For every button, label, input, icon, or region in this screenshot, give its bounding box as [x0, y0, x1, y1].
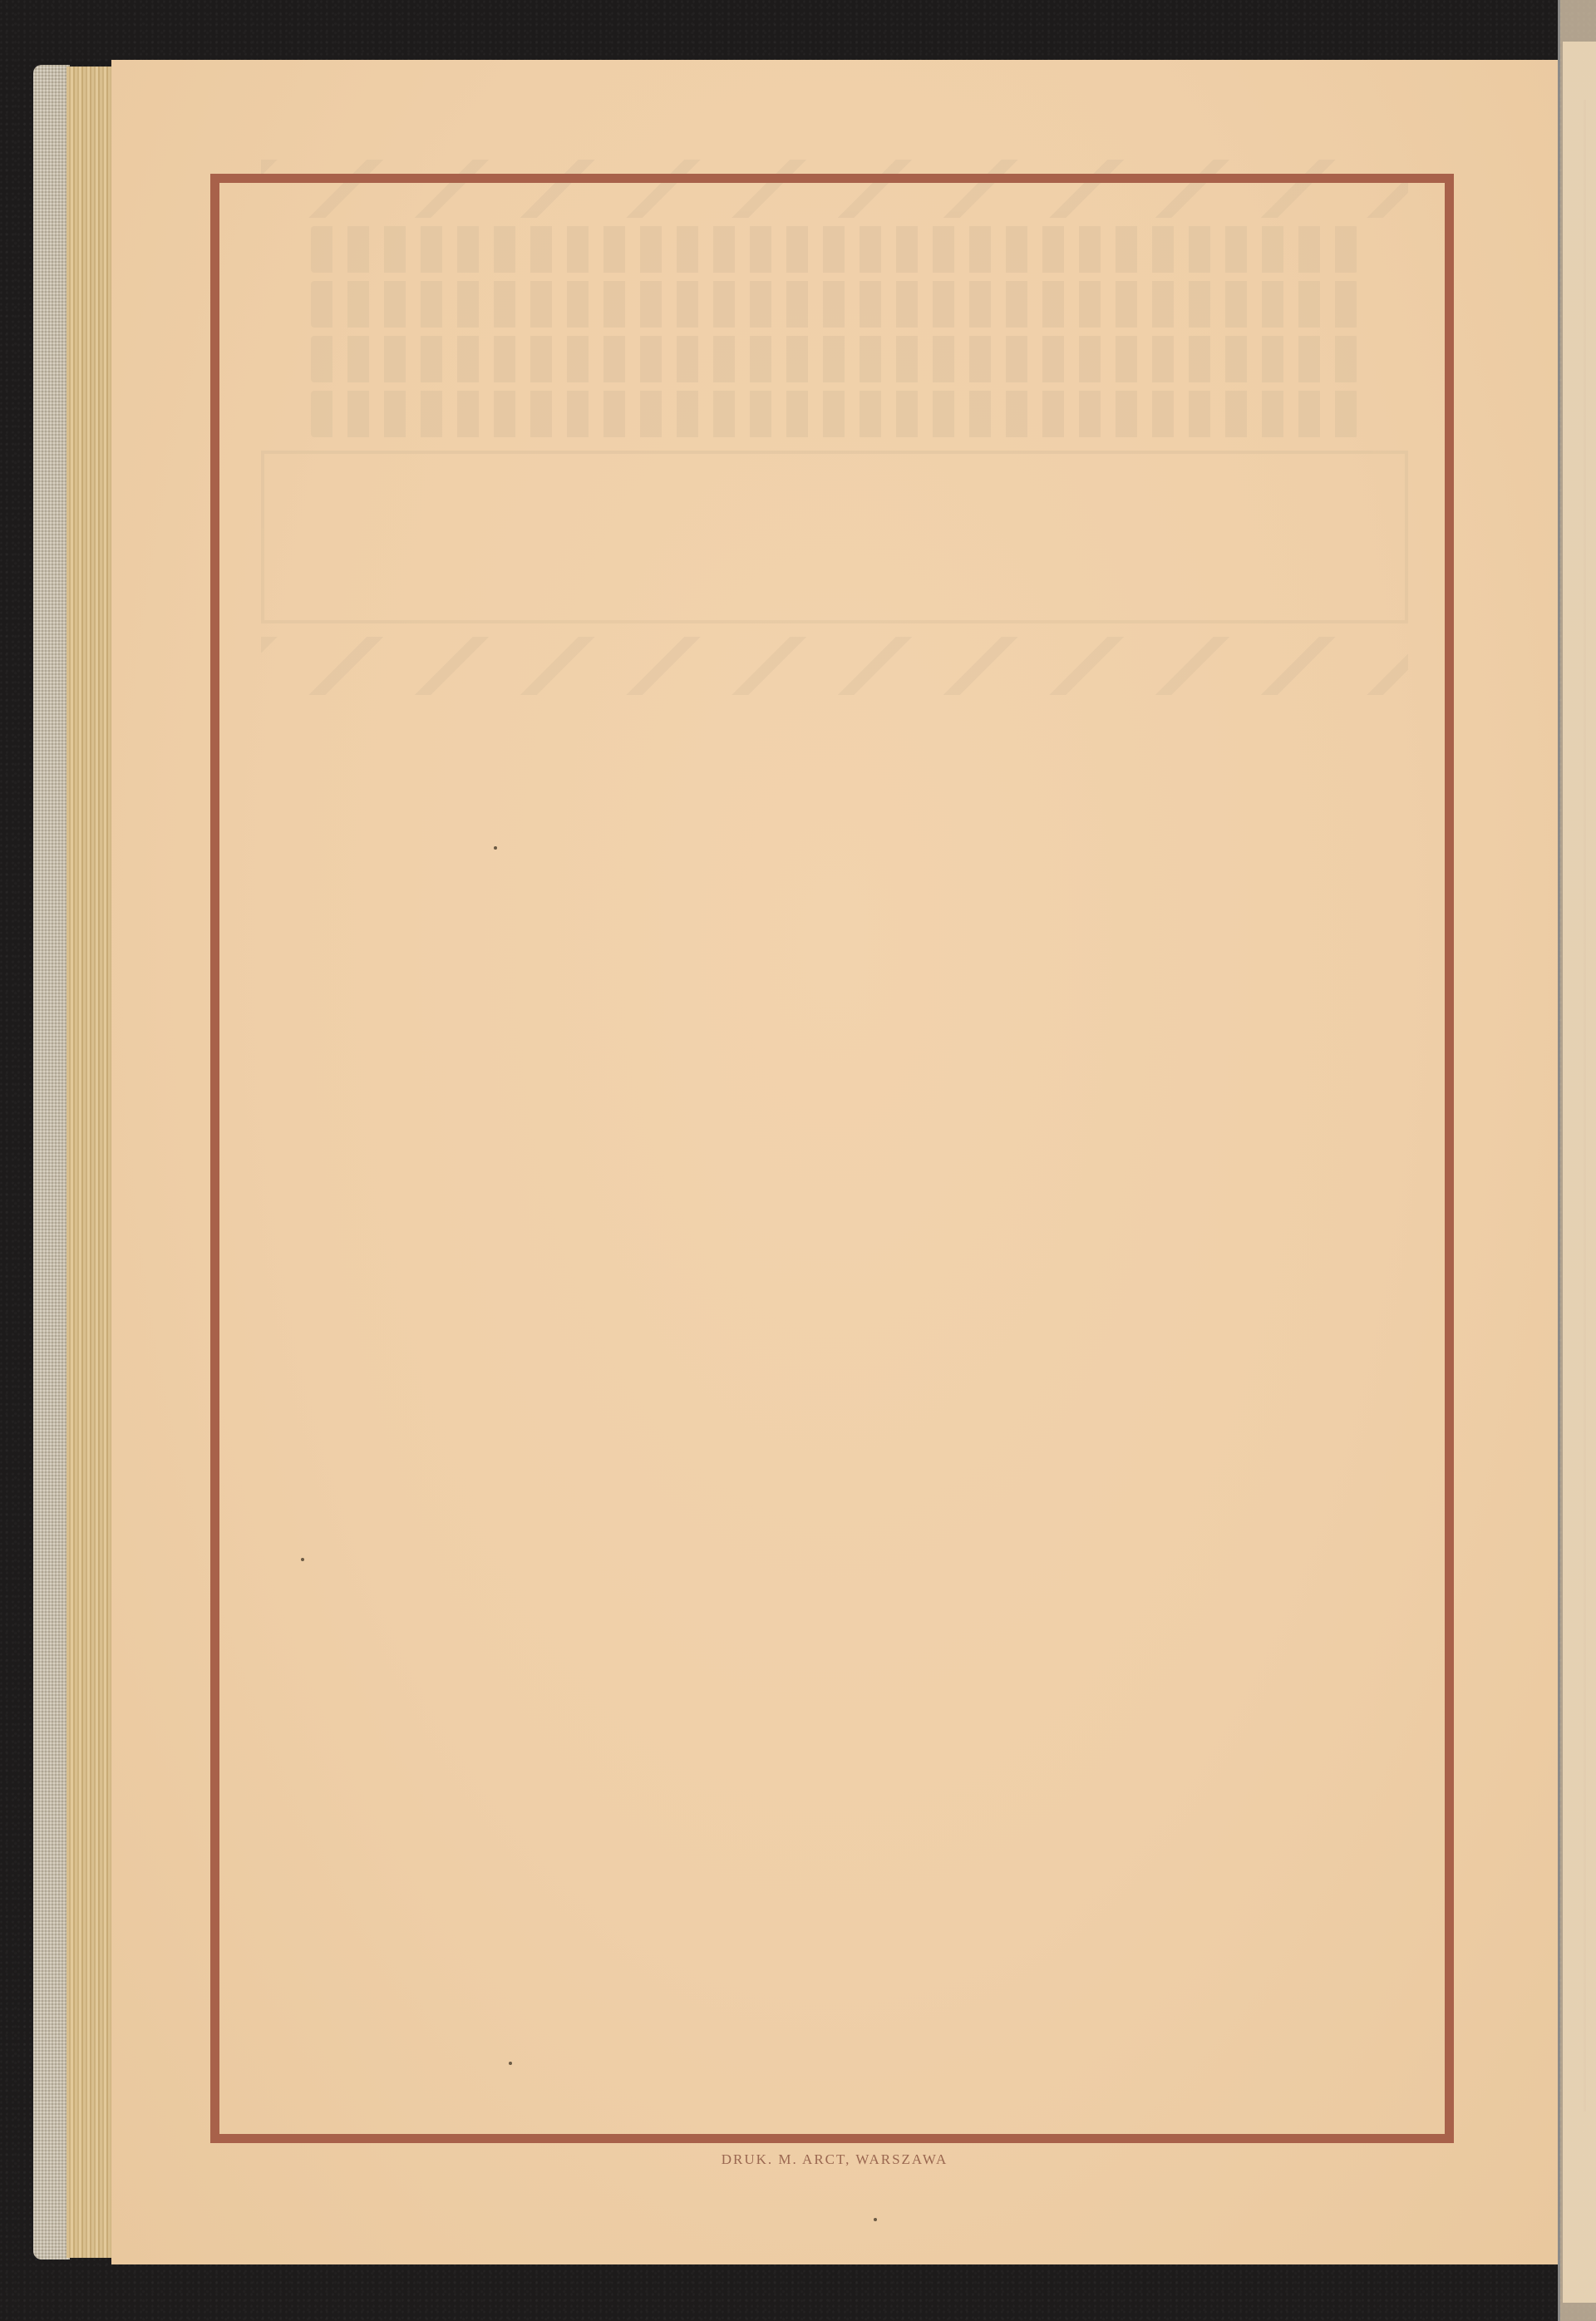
page-stack-edges [66, 67, 113, 2258]
paper-speck [301, 1558, 304, 1561]
book-page: DRUK. M. ARCT, WARSZAWA [111, 60, 1558, 2264]
paper-speck [494, 846, 497, 850]
paper-speck [509, 2062, 512, 2065]
book-spine-linen [33, 65, 70, 2259]
page-border-frame [210, 174, 1454, 2143]
paper-speck [874, 2218, 877, 2221]
glass-plate-edge [1558, 0, 1596, 2321]
printer-imprint: DRUK. M. ARCT, WARSZAWA [111, 2151, 1558, 2168]
